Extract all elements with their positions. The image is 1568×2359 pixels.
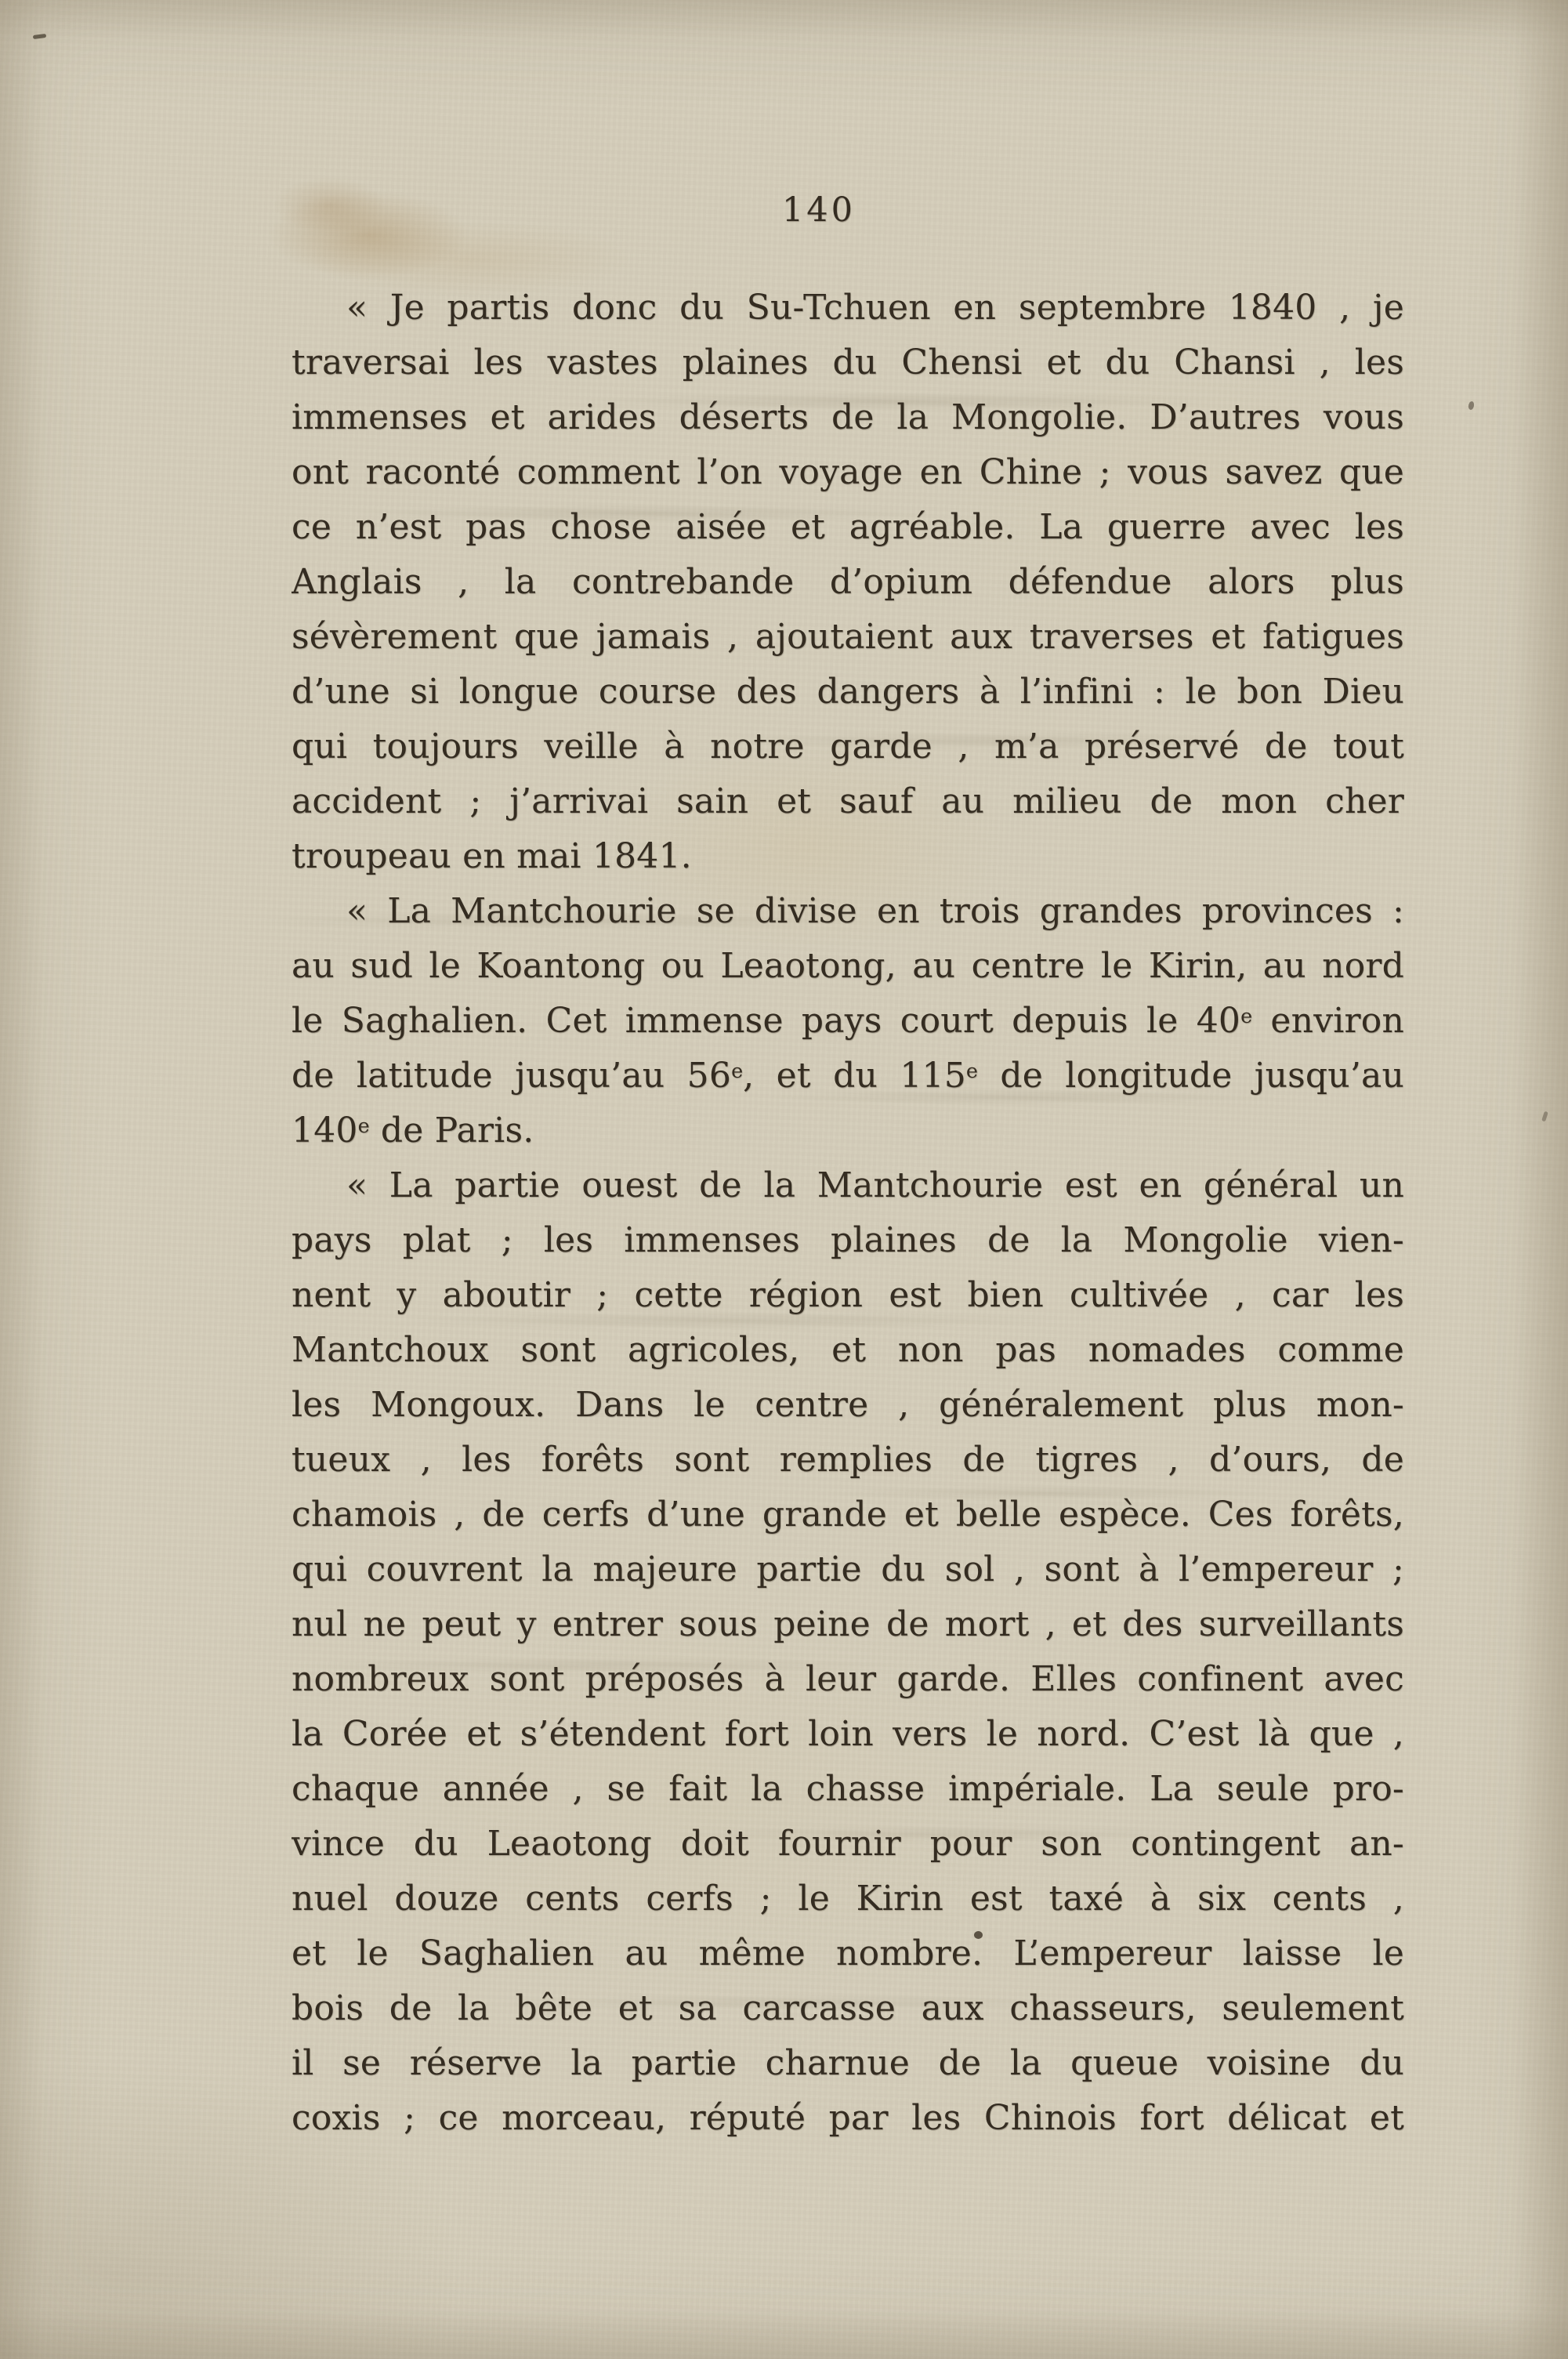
text-line: coxis ; ce morceau, réputé par les Chino… (292, 2091, 1404, 2146)
text-line: nent y aboutir ; cette région est bien c… (292, 1268, 1404, 1323)
text-line: et le Saghalien au même nombre. L’empere… (292, 1926, 1404, 1981)
text-line: « La partie ouest de la Mantchourie est … (292, 1158, 1404, 1213)
book-page: 140 « Je partis donc du Su-Tchuen en sep… (0, 0, 1568, 2359)
text-line: nombreux sont préposés à leur garde. Ell… (292, 1652, 1404, 1707)
text-line: vince du Leaotong doit fournir pour son … (292, 1817, 1404, 1872)
ink-speck (1468, 400, 1475, 410)
ink-speck (1541, 1111, 1548, 1122)
text-line: qui couvrent la majeure partie du sol , … (292, 1542, 1404, 1597)
text-line: chamois , de cerfs d’une grande et belle… (292, 1488, 1404, 1542)
text-line: immenses et arides déserts de la Mongoli… (292, 390, 1404, 445)
text-line: 140e de Paris. (292, 1103, 1404, 1158)
text-line: qui toujours veille à notre garde , m’a … (292, 719, 1404, 774)
text-line: chaque année , se fait la chasse impéria… (292, 1762, 1404, 1817)
text-line: tueux , les forêts sont remplies de tigr… (292, 1433, 1404, 1488)
text-line: troupeau en mai 1841. (292, 829, 1404, 884)
text-block: « Je partis donc du Su-Tchuen en septemb… (292, 281, 1404, 2146)
ink-speck (33, 34, 46, 39)
text-line: le Saghalien. Cet immense pays court dep… (292, 994, 1404, 1049)
text-line: sévèrement que jamais , ajoutaient aux t… (292, 610, 1404, 665)
text-line: accident ; j’arrivai sain et sauf au mil… (292, 774, 1404, 829)
text-line: bois de la bête et sa carcasse aux chass… (292, 1981, 1404, 2036)
page-number: 140 (270, 190, 1367, 230)
text-line: « La Mantchourie se divise en trois gran… (292, 884, 1404, 939)
text-line: de latitude jusqu’au 56e, et du 115e de … (292, 1049, 1404, 1103)
text-line: Anglais , la contrebande d’opium défendu… (292, 555, 1404, 610)
text-line: pays plat ; les immenses plaines de la M… (292, 1213, 1404, 1268)
text-line: « Je partis donc du Su-Tchuen en septemb… (292, 281, 1404, 335)
text-line: d’une si longue course des dangers à l’i… (292, 665, 1404, 719)
paragraph: « La partie ouest de la Mantchourie est … (292, 1158, 1404, 2146)
text-line: ont raconté comment l’on voyage en Chine… (292, 445, 1404, 500)
text-line: nul ne peut y entrer sous peine de mort … (292, 1597, 1404, 1652)
text-line: Mantchoux sont agricoles, et non pas nom… (292, 1323, 1404, 1378)
text-line: il se réserve la partie charnue de la qu… (292, 2036, 1404, 2091)
ink-speck (974, 1931, 983, 1939)
text-line: les Mongoux. Dans le centre , généraleme… (292, 1378, 1404, 1433)
text-line: ce n’est pas chose aisée et agréable. La… (292, 500, 1404, 555)
paragraph: « La Mantchourie se divise en trois gran… (292, 884, 1404, 1158)
text-line: nuel douze cents cerfs ; le Kirin est ta… (292, 1872, 1404, 1926)
text-line: au sud le Koantong ou Leaotong, au centr… (292, 939, 1404, 994)
paragraph: « Je partis donc du Su-Tchuen en septemb… (292, 281, 1404, 884)
text-line: traversai les vastes plaines du Chensi e… (292, 335, 1404, 390)
text-line: la Corée et s’étendent fort loin vers le… (292, 1707, 1404, 1762)
